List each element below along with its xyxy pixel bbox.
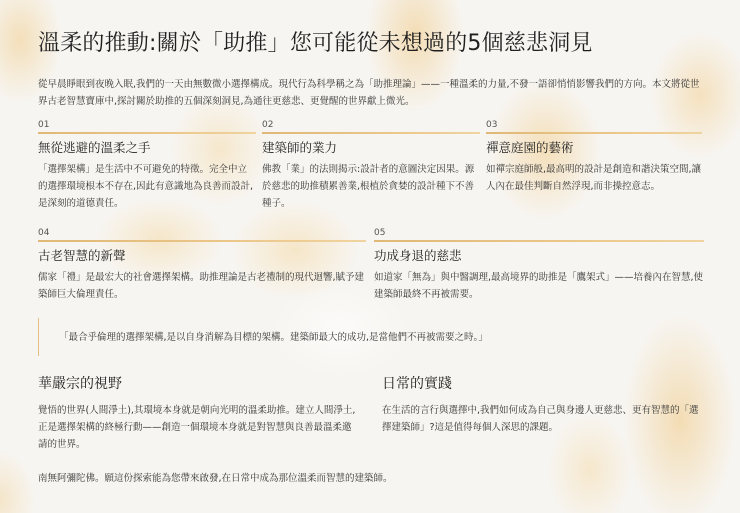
insight-card-2: 02 建築師的業力 佛教「業」的法則揭示:設計者的意圖決定因果。源於慈悲的助推積… (262, 118, 480, 212)
accent-divider (374, 240, 704, 242)
insight-number: 04 (38, 226, 366, 240)
insight-heading: 禪意庭園的藝術 (486, 139, 702, 157)
closing-line: 南無阿彌陀佛。願這份探索能為您帶來啟發,在日常中成為那位溫柔而智慧的建築師。 (38, 470, 393, 484)
section-body: 在生活的言行與選擇中,我們如何成為自己與身邊人更慈悲、更有智慧的「選擇建築師」?… (382, 402, 704, 436)
accent-divider (38, 132, 256, 134)
quote-text: 「最合乎倫理的選擇架構,是以自身消解為目標的架構。建築師最大的成功,是當他們不再… (59, 329, 488, 343)
insight-body: 如道家「無為」與中醫調理,最高境界的助推是「鷹架式」——培養內在智慧,使建築師最… (374, 269, 704, 303)
insight-number: 03 (486, 118, 702, 132)
accent-divider (262, 132, 480, 134)
insight-body: 佛教「業」的法則揭示:設計者的意圖決定因果。源於慈悲的助推積累善業,根植於貪婪的… (262, 161, 480, 212)
insight-number: 05 (374, 226, 704, 240)
accent-divider (486, 132, 702, 134)
insight-body: 儒家「禮」是最宏大的社會選擇架構。助推理論是古老禮制的現代迴響,賦予建築師巨大倫… (38, 269, 366, 303)
section-daily-practice: 日常的實踐 在生活的言行與選擇中,我們如何成為自己與身邊人更慈悲、更有智慧的「選… (382, 374, 704, 436)
insight-heading: 建築師的業力 (262, 139, 480, 157)
insight-card-3: 03 禪意庭園的藝術 如禪宗庭師般,最高明的設計是創造和諧決策空間,讓人內在最佳… (486, 118, 702, 195)
section-heading: 日常的實踐 (382, 374, 704, 394)
insight-number: 01 (38, 118, 256, 132)
insight-heading: 古老智慧的新聲 (38, 247, 366, 265)
insight-number: 02 (262, 118, 480, 132)
insight-card-4: 04 古老智慧的新聲 儒家「禮」是最宏大的社會選擇架構。助推理論是古老禮制的現代… (38, 226, 366, 303)
section-body: 覺悟的世界(人間淨土),其環境本身就是朝向光明的溫柔助推。建立人間淨土,正是選擇… (38, 402, 360, 453)
accent-divider (38, 240, 366, 242)
document-page: 溫柔的推動:關於「助推」您可能從未想過的5個慈悲洞見 從早晨睜眼到夜晚入眠,我們… (0, 0, 740, 513)
insight-heading: 無從逃避的溫柔之手 (38, 139, 256, 157)
section-heading: 華嚴宗的視野 (38, 374, 360, 394)
insight-card-1: 01 無從逃避的溫柔之手 「選擇架構」是生活中不可避免的特徵。完全中立的選擇環境… (38, 118, 256, 212)
insight-heading: 功成身退的慈悲 (374, 247, 704, 265)
intro-paragraph: 從早晨睜眼到夜晚入眠,我們的一天由無數微小選擇構成。現代行為科學稱之為「助推理論… (38, 76, 708, 110)
page-title: 溫柔的推動:關於「助推」您可能從未想過的5個慈悲洞見 (38, 26, 593, 57)
insight-body: 「選擇架構」是生活中不可避免的特徵。完全中立的選擇環境根本不存在,因此有意識地為… (38, 161, 256, 212)
insight-card-5: 05 功成身退的慈悲 如道家「無為」與中醫調理,最高境界的助推是「鷹架式」——培… (374, 226, 704, 303)
pull-quote: 「最合乎倫理的選擇架構,是以自身消解為目標的架構。建築師最大的成功,是當他們不再… (38, 318, 679, 356)
insight-body: 如禪宗庭師般,最高明的設計是創造和諧決策空間,讓人內在最佳判斷自然浮現,而非操控… (486, 161, 702, 195)
section-huayan: 華嚴宗的視野 覺悟的世界(人間淨土),其環境本身就是朝向光明的溫柔助推。建立人間… (38, 374, 360, 453)
